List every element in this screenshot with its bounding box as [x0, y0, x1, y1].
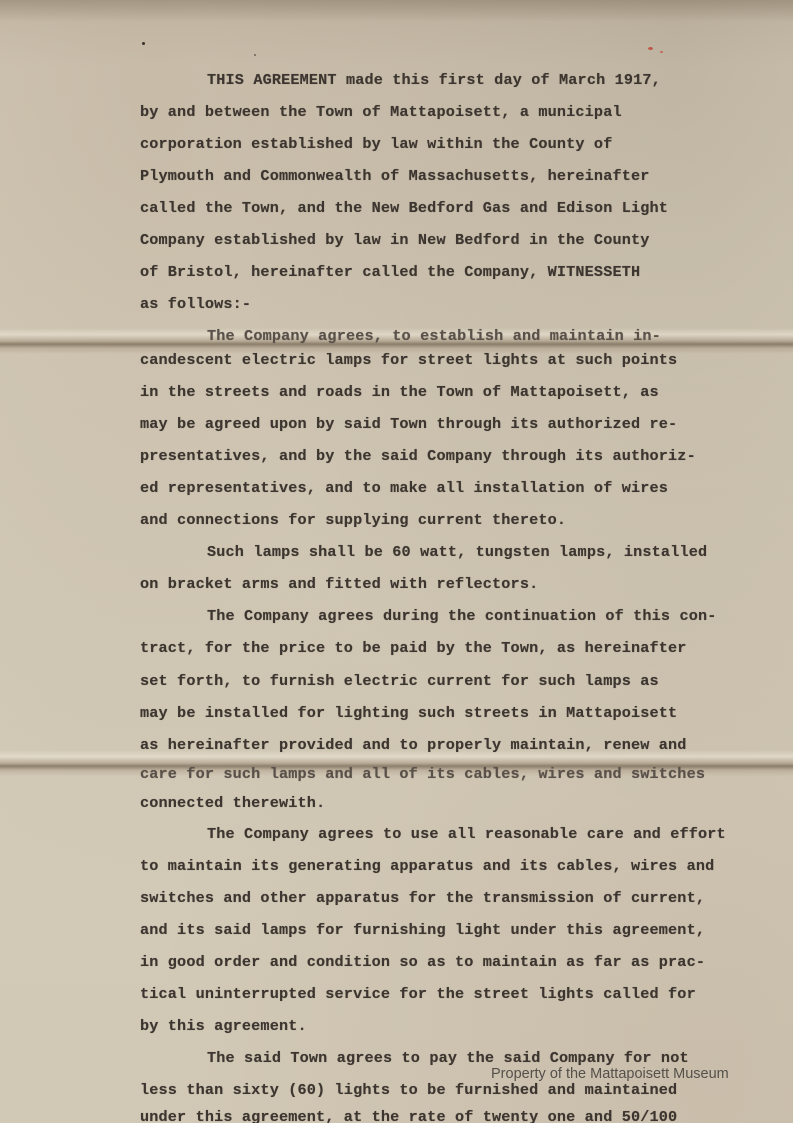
text-line: tract, for the price to be paid by the T…	[140, 638, 687, 658]
text-line: by this agreement.	[140, 1016, 307, 1036]
text-line: called the Town, and the New Bedford Gas…	[140, 198, 668, 218]
text-line: tical uninterrupted service for the stre…	[140, 984, 696, 1004]
text-line: less than sixty (60) lights to be furnis…	[140, 1080, 677, 1100]
text-line: switches and other apparatus for the tra…	[140, 888, 705, 908]
text-line: on bracket arms and fitted with reflecto…	[140, 574, 538, 594]
text-line: Such lamps shall be 60 watt, tungsten la…	[207, 542, 707, 562]
text-line: corporation established by law within th…	[140, 134, 612, 154]
text-line: of Bristol, hereinafter called the Compa…	[140, 262, 640, 282]
text-line: candescent electric lamps for street lig…	[140, 350, 677, 370]
text-line: and its said lamps for furnishing light …	[140, 920, 705, 940]
text-line: Plymouth and Commonwealth of Massachuset…	[140, 166, 650, 186]
text-line: The Company agrees during the continuati…	[207, 606, 717, 626]
text-line: may be agreed upon by said Town through …	[140, 414, 677, 434]
text-line: as follows:-	[140, 294, 251, 314]
ink-speck	[254, 54, 256, 56]
text-line: Company established by law in New Bedfor…	[140, 230, 650, 250]
red-mark	[660, 51, 663, 53]
text-line: The Company agrees, to establish and mai…	[207, 326, 661, 346]
ink-speck	[142, 42, 145, 45]
text-line-cut-off: under this agreement, at the rate of twe…	[140, 1107, 677, 1123]
text-line: and connections for supplying current th…	[140, 510, 566, 530]
text-line: to maintain its generating apparatus and…	[140, 856, 714, 876]
text-line: by and between the Town of Mattapoisett,…	[140, 102, 622, 122]
text-line: presentatives, and by the said Company t…	[140, 446, 696, 466]
museum-watermark: Property of the Mattapoisett Museum	[491, 1066, 729, 1082]
page-edge-shadow	[0, 0, 793, 22]
text-line: in good order and condition so as to mai…	[140, 952, 705, 972]
text-line: may be installed for lighting such stree…	[140, 703, 677, 723]
scanned-document-page: THIS AGREEMENT made this first day of Ma…	[0, 0, 793, 1123]
text-line: as hereinafter provided and to properly …	[140, 735, 687, 755]
text-line: set forth, to furnish electric current f…	[140, 671, 659, 691]
text-line: THIS AGREEMENT made this first day of Ma…	[207, 70, 661, 90]
text-line: The said Town agrees to pay the said Com…	[207, 1048, 689, 1068]
text-line: connected therewith.	[140, 793, 325, 813]
text-line: care for such lamps and all of its cable…	[140, 764, 705, 784]
text-line: ed representatives, and to make all inst…	[140, 478, 668, 498]
text-line: The Company agrees to use all reasonable…	[207, 824, 726, 844]
text-line: in the streets and roads in the Town of …	[140, 382, 659, 402]
red-mark	[648, 47, 653, 50]
